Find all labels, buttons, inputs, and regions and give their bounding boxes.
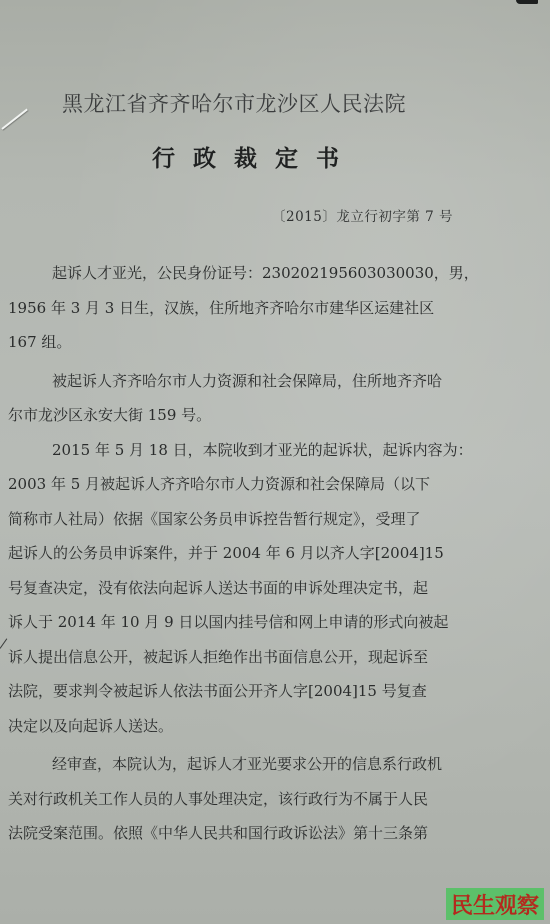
text-line: 起诉人的公务员申诉案件，并于 2004 年 6 月以齐人字[2004]15	[8, 536, 528, 571]
case-number: 〔2015〕龙立行初字第 7 号	[272, 205, 453, 225]
pen-mark	[0, 638, 7, 648]
court-name: 黑龙江省齐齐哈尔市龙沙区人民法院	[62, 88, 406, 118]
text-line: 简称市人社局）依据《国家公务员申诉控告暂行规定》，受理了	[8, 502, 528, 537]
document-title: 行政裁定书	[152, 140, 357, 173]
document-body: 起诉人才亚光，公民身份证号：230202195603030030，男， 1956…	[8, 256, 528, 851]
paragraph-ruling: 经审查，本院认为，起诉人才亚光要求公开的信息系行政机 关对行政机关工作人员的人事…	[8, 747, 528, 851]
text-line: 法院受案范围。依照《中华人民共和国行政诉讼法》第十三条第	[8, 816, 528, 851]
text-line: 起诉人才亚光，公民身份证号：230202195603030030，男，	[8, 256, 528, 291]
text-line: 经审查，本院认为，起诉人才亚光要求公开的信息系行政机	[8, 747, 528, 782]
paragraph-defendant: 被起诉人齐齐哈尔市人力资源和社会保障局，住所地齐齐哈 尔市龙沙区永安大街 159…	[8, 364, 528, 433]
text-line: 1956 年 3 月 3 日生，汉族，住所地齐齐哈尔市建华区运建社区	[8, 291, 528, 326]
corner-shadow	[516, 0, 538, 4]
paragraph-plaintiff: 起诉人才亚光，公民身份证号：230202195603030030，男， 1956…	[8, 256, 528, 360]
text-line: 决定以及向起诉人送达。	[8, 709, 528, 744]
text-line: 167 组。	[8, 325, 528, 360]
text-line: 诉人于 2014 年 10 月 9 日以国内挂号信和网上申请的形式向被起	[8, 605, 528, 640]
text-line: 被起诉人齐齐哈尔市人力资源和社会保障局，住所地齐齐哈	[8, 364, 528, 399]
text-line: 尔市龙沙区永安大街 159 号。	[8, 398, 528, 433]
text-line: 2015 年 5 月 18 日，本院收到才亚光的起诉状，起诉内容为：	[8, 433, 528, 468]
text-line: 诉人提出信息公开，被起诉人拒绝作出书面信息公开，现起诉至	[8, 640, 528, 675]
text-line: 2003 年 5 月被起诉人齐齐哈尔市人力资源和社会保障局（以下	[8, 467, 528, 502]
text-line: 法院，要求判令被起诉人依法书面公开齐人字[2004]15 号复查	[8, 674, 528, 709]
text-line: 关对行政机关工作人员的人事处理决定，该行政行为不属于人民	[8, 782, 528, 817]
watermark-logo: 民生观察	[446, 888, 544, 920]
paragraph-complaint: 2015 年 5 月 18 日，本院收到才亚光的起诉状，起诉内容为： 2003 …	[8, 433, 528, 744]
text-line: 号复查决定，没有依法向起诉人送达书面的申诉处理决定书，起	[8, 571, 528, 606]
staple-mark	[1, 109, 27, 130]
